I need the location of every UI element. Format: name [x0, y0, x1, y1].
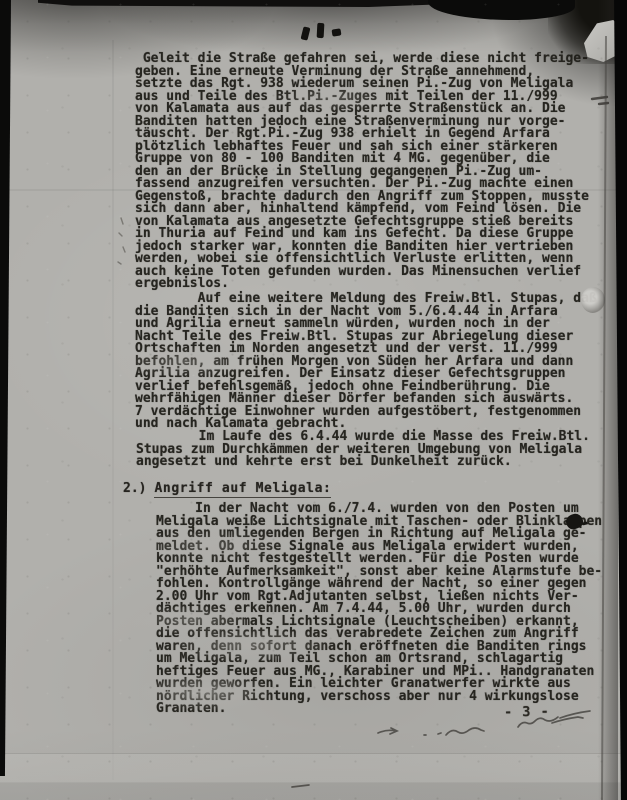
- crease-line-vertical: [112, 40, 114, 780]
- paragraph-continued: Geleit die Straße gefahren sei, werde di…: [135, 53, 589, 291]
- ink-mark: [301, 26, 311, 40]
- page-number: - 3 -: [504, 704, 550, 721]
- scan-border-top: [38, 0, 462, 7]
- pencil-arrow-mark: [378, 728, 397, 734]
- margin-specks: [118, 218, 125, 264]
- section-title: Angriff auf Meligala:: [154, 481, 331, 498]
- paragraph-meldung-stupas: Auf eine weitere Meldung des Freiw.Btl. …: [135, 293, 597, 431]
- scanned-page: Geleit die Straße gefahren sei, werde di…: [0, 0, 627, 800]
- scan-border-left: [0, 0, 11, 776]
- section-heading: 2.)Angriff auf Meligala:: [123, 483, 331, 496]
- paragraph-durchkaemmen: Im Laufe des 6.4.44 wurde die Masse des …: [136, 431, 590, 469]
- ink-mark: [332, 28, 342, 36]
- ink-mark: [317, 23, 325, 38]
- scan-bottom-band: [0, 753, 627, 800]
- section-number: 2.): [123, 481, 146, 496]
- pencil-scribble: [446, 728, 484, 735]
- paragraph-angriff-meligala: In der Nacht vom 6./7.4. wurden von den …: [156, 503, 602, 716]
